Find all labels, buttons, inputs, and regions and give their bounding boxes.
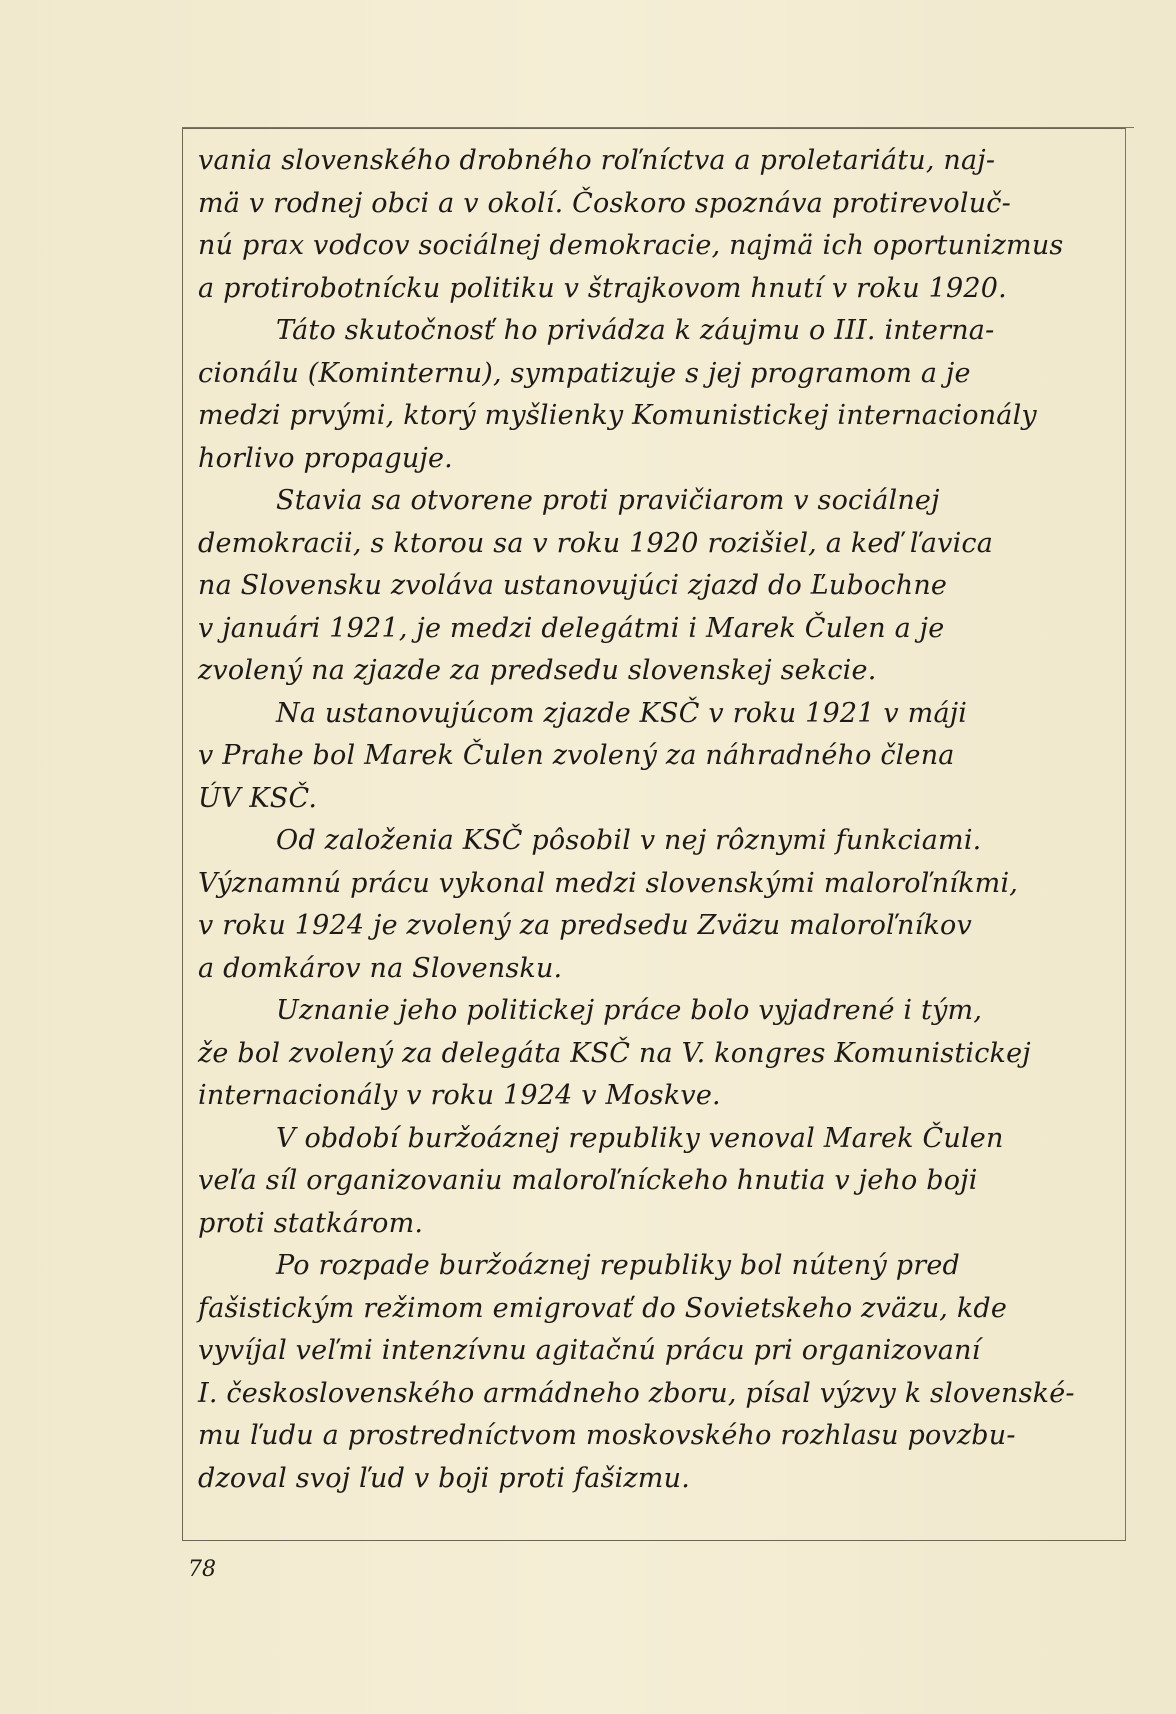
text-line: medzi prvými, ktorý myšlienky Komunistic…	[198, 395, 1118, 438]
text-line: v Prahe bol Marek Čulen zvolený za náhra…	[198, 735, 1118, 778]
text-line: fašistickým režimom emigrovať do Soviets…	[198, 1288, 1118, 1331]
text-line: ÚV KSČ.	[198, 778, 1118, 821]
text-line: vania slovenského drobného roľníctva a p…	[198, 140, 1118, 183]
text-line: Významnú prácu vykonal medzi slovenskými…	[198, 863, 1118, 906]
text-line: mu ľudu a prostredníctvom moskovského ro…	[198, 1415, 1118, 1458]
page-number: 78	[188, 1557, 216, 1582]
paragraph-start-line: Na ustanovujúcom zjazde KSČ v roku 1921 …	[198, 693, 1118, 736]
text-line: I. československého armádneho zboru, pís…	[198, 1373, 1118, 1416]
paragraph-start-line: Uznanie jeho politickej práce bolo vyjad…	[198, 990, 1118, 1033]
handwritten-text-block: vania slovenského drobného roľníctva a p…	[198, 140, 1118, 1500]
paragraph-start-line: Stavia sa otvorene proti pravičiarom v s…	[198, 480, 1118, 523]
text-line: internacionály v roku 1924 v Moskve.	[198, 1075, 1118, 1118]
manuscript-page: vania slovenského drobného roľníctva a p…	[0, 0, 1176, 1714]
text-line: dzoval svoj ľud v boji proti fašizmu.	[198, 1458, 1118, 1501]
text-line: že bol zvolený za delegáta KSČ na V. kon…	[198, 1033, 1118, 1076]
text-line: a protirobotnícku politiku v štrajkovom …	[198, 268, 1118, 311]
paragraph-start-line: V období buržoáznej republiky venoval Ma…	[198, 1118, 1118, 1161]
text-line: nú prax vodcov sociálnej demokracie, naj…	[198, 225, 1118, 268]
text-line: v roku 1924 je zvolený za predsedu Zväzu…	[198, 905, 1118, 948]
text-line: veľa síl organizovaniu maloroľníckeho hn…	[198, 1160, 1118, 1203]
text-line: na Slovensku zvoláva ustanovujúci zjazd …	[198, 565, 1118, 608]
text-line: vyvíjal veľmi intenzívnu agitačnú prácu …	[198, 1330, 1118, 1373]
paragraph-start-line: Táto skutočnosť ho privádza k záujmu o I…	[198, 310, 1118, 353]
paragraph-start-line: Po rozpade buržoáznej republiky bol núte…	[198, 1245, 1118, 1288]
text-line: a domkárov na Slovensku.	[198, 948, 1118, 991]
text-line: demokracii, s ktorou sa v roku 1920 rozi…	[198, 523, 1118, 566]
text-line: proti statkárom.	[198, 1203, 1118, 1246]
text-line: v januári 1921, je medzi delegátmi i Mar…	[198, 608, 1118, 651]
text-line: horlivo propaguje.	[198, 438, 1118, 481]
text-line: cionálu (Kominternu), sympatizuje s jej …	[198, 353, 1118, 396]
text-line: mä v rodnej obci a v okolí. Čoskoro spoz…	[198, 183, 1118, 226]
text-line: zvolený na zjazde za predsedu slovenskej…	[198, 650, 1118, 693]
paragraph-start-line: Od založenia KSČ pôsobil v nej rôznymi f…	[198, 820, 1118, 863]
